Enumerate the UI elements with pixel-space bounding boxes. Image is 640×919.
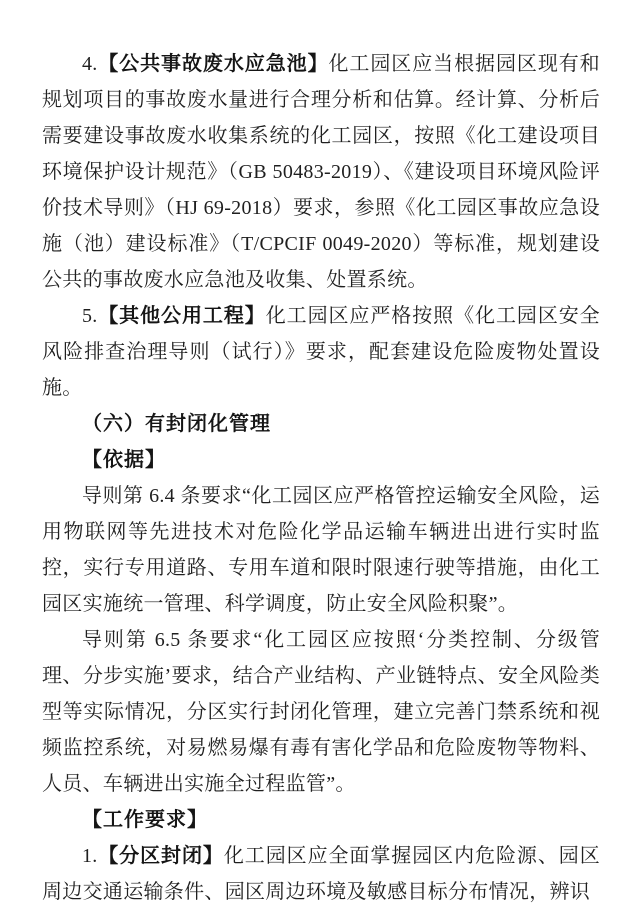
item-number: 4. (82, 53, 98, 75)
paragraph-text: 化工园区应当根据园区现有和规划项目的事故废水量进行合理分析和估算。经计算、分析后… (42, 53, 600, 291)
heading-text: （六）有封闭化管理 (82, 413, 271, 435)
item-number: 1. (82, 845, 98, 867)
section-heading-6-closed-management: （六）有封闭化管理 (42, 406, 600, 442)
item-label: 【分区封闭】 (98, 845, 224, 867)
item-label: 【其他公用工程】 (98, 305, 266, 327)
item-number: 5. (82, 305, 98, 327)
paragraph-item-4-public-accident-wastewater-pool: 4.【公共事故废水应急池】化工园区应当根据园区现有和规划项目的事故废水量进行合理… (42, 46, 600, 298)
paragraph-text: 导则第 6.4 条要求“化工园区应严格管控运输安全风险，运用物联网等先进技术对危… (42, 485, 600, 615)
paragraph-clause-6-4: 导则第 6.4 条要求“化工园区应严格管控运输安全风险，运用物联网等先进技术对危… (42, 478, 600, 622)
item-label: 【公共事故废水应急池】 (98, 53, 329, 75)
paragraph-item-5-other-public-works: 5.【其他公用工程】化工园区应严格按照《化工园区安全风险排查治理导则（试行）》要… (42, 298, 600, 406)
paragraph-text: 导则第 6.5 条要求“化工园区应按照‘分类控制、分级管理、分步实施’要求，结合… (42, 629, 600, 795)
heading-work-requirements: 【工作要求】 (42, 802, 600, 838)
paragraph-item-1-zoned-closure: 1.【分区封闭】化工园区应全面掌握园区内危险源、园区周边交通运输条件、园区周边环… (42, 838, 600, 910)
heading-text: 【工作要求】 (82, 809, 208, 831)
document-page: 4.【公共事故废水应急池】化工园区应当根据园区现有和规划项目的事故废水量进行合理… (0, 0, 640, 919)
heading-text: 【依据】 (82, 449, 166, 471)
paragraph-clause-6-5: 导则第 6.5 条要求“化工园区应按照‘分类控制、分级管理、分步实施’要求，结合… (42, 622, 600, 802)
heading-basis: 【依据】 (42, 442, 600, 478)
